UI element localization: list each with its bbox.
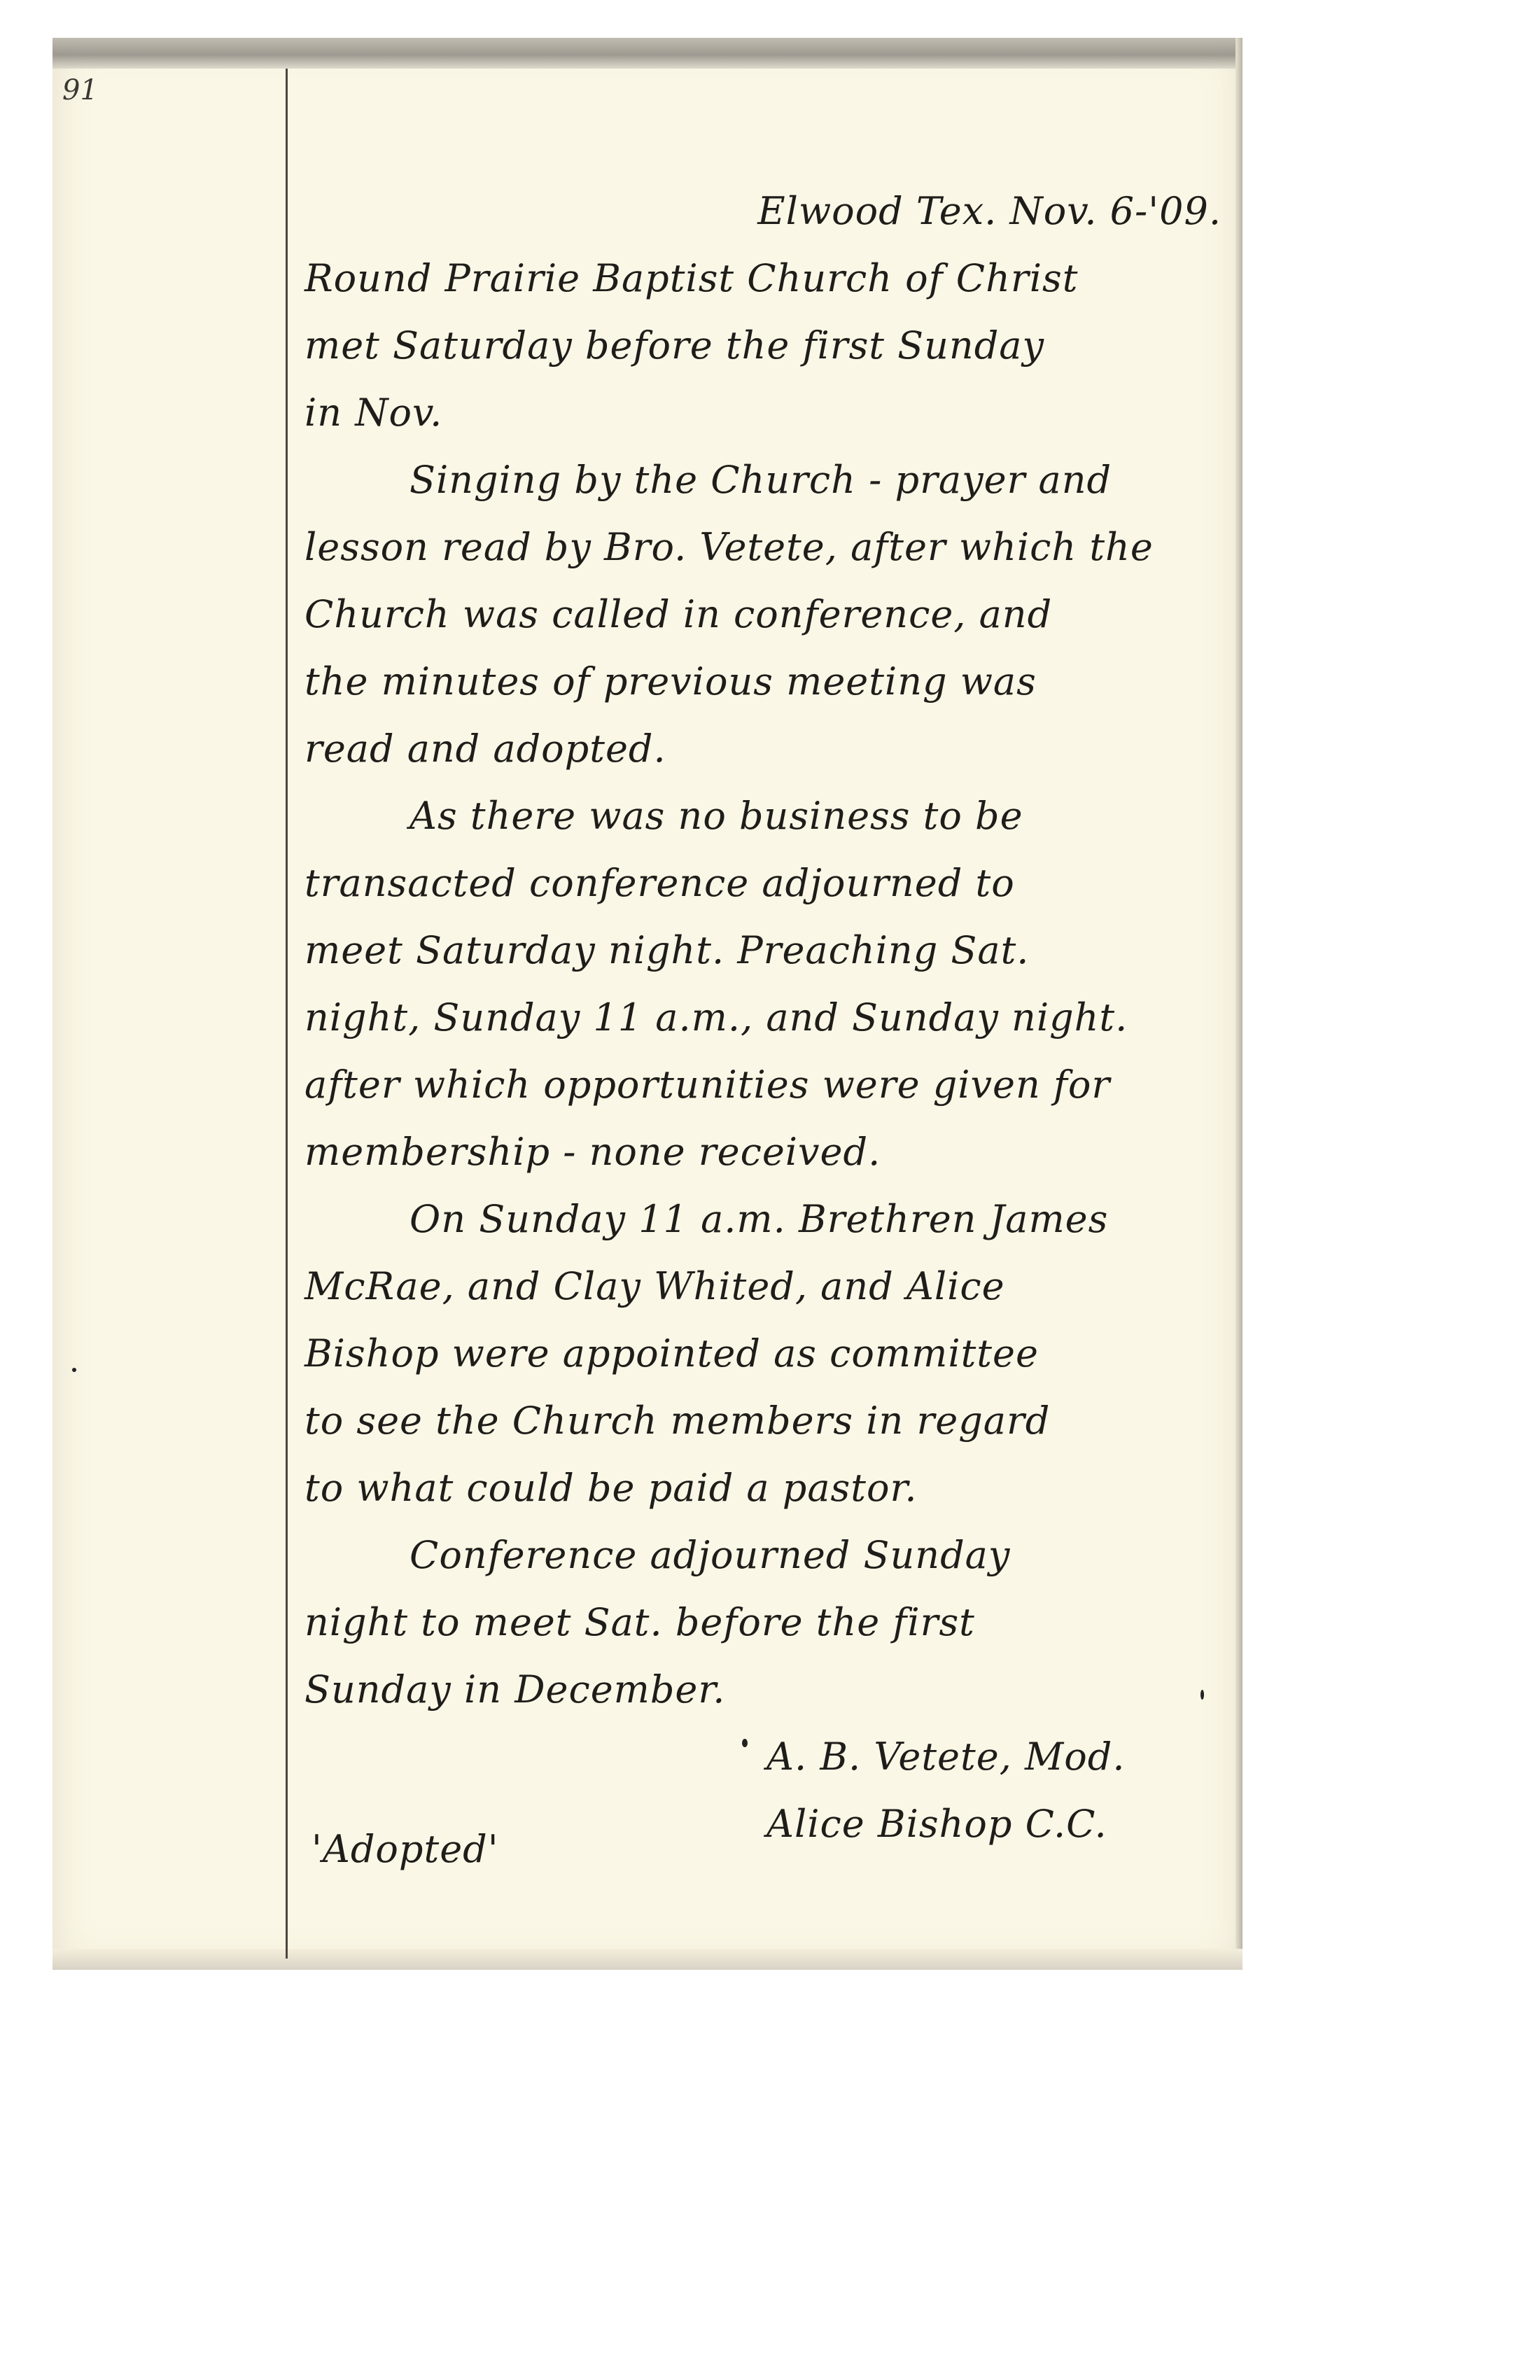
- moderator-signature: A. B. Vetete, Mod.: [304, 1723, 1228, 1791]
- ink-speck: [742, 1739, 748, 1747]
- text-line: Sunday in December.: [304, 1656, 1228, 1723]
- text-line: night, Sunday 11 a.m., and Sunday night.: [304, 984, 1228, 1051]
- page-number: 91: [62, 74, 98, 106]
- text-line: read and adopted.: [304, 715, 1228, 783]
- ink-speck: [1200, 1690, 1204, 1700]
- text-line: Singing by the Church - prayer and: [304, 447, 1228, 514]
- text-line: Church was called in conference, and: [304, 581, 1228, 648]
- ink-speck: [72, 1368, 76, 1372]
- text-line: Round Prairie Baptist Church of Christ: [304, 245, 1228, 312]
- text-line: the minutes of previous meeting was: [304, 648, 1228, 715]
- text-line: McRae, and Clay Whited, and Alice: [304, 1253, 1228, 1320]
- text-line: after which opportunities were given for: [304, 1051, 1228, 1119]
- text-line: As there was no business to be: [304, 783, 1228, 850]
- margin-rule: [286, 69, 288, 1959]
- text-line: membership - none received.: [304, 1119, 1228, 1186]
- text-line: in Nov.: [304, 379, 1228, 447]
- text-line: to see the Church members in regard: [304, 1387, 1228, 1455]
- text-line: Conference adjourned Sunday: [304, 1522, 1228, 1589]
- text-line: On Sunday 11 a.m. Brethren James: [304, 1186, 1228, 1253]
- ledger-page: 91 Elwood Tex. Nov. 6-'09. Round Prairie…: [52, 38, 1242, 1970]
- text-line: to what could be paid a pastor.: [304, 1455, 1228, 1522]
- text-line: lesson read by Bro. Vetete, after which …: [304, 514, 1228, 581]
- text-line: Bishop were appointed as committee: [304, 1320, 1228, 1387]
- text-line: transacted conference adjourned to: [304, 850, 1228, 917]
- text-line: meet Saturday night. Preaching Sat.: [304, 917, 1228, 984]
- page-top-shadow: [52, 38, 1242, 69]
- text-line: met Saturday before the first Sunday: [304, 312, 1228, 379]
- page-bottom-edge: [52, 1949, 1242, 1970]
- minutes-text: Elwood Tex. Nov. 6-'09. Round Prairie Ba…: [304, 178, 1228, 1883]
- text-line: night to meet Sat. before the first: [304, 1589, 1228, 1656]
- page-right-edge: [1235, 38, 1242, 1970]
- dateline: Elwood Tex. Nov. 6-'09.: [304, 178, 1228, 245]
